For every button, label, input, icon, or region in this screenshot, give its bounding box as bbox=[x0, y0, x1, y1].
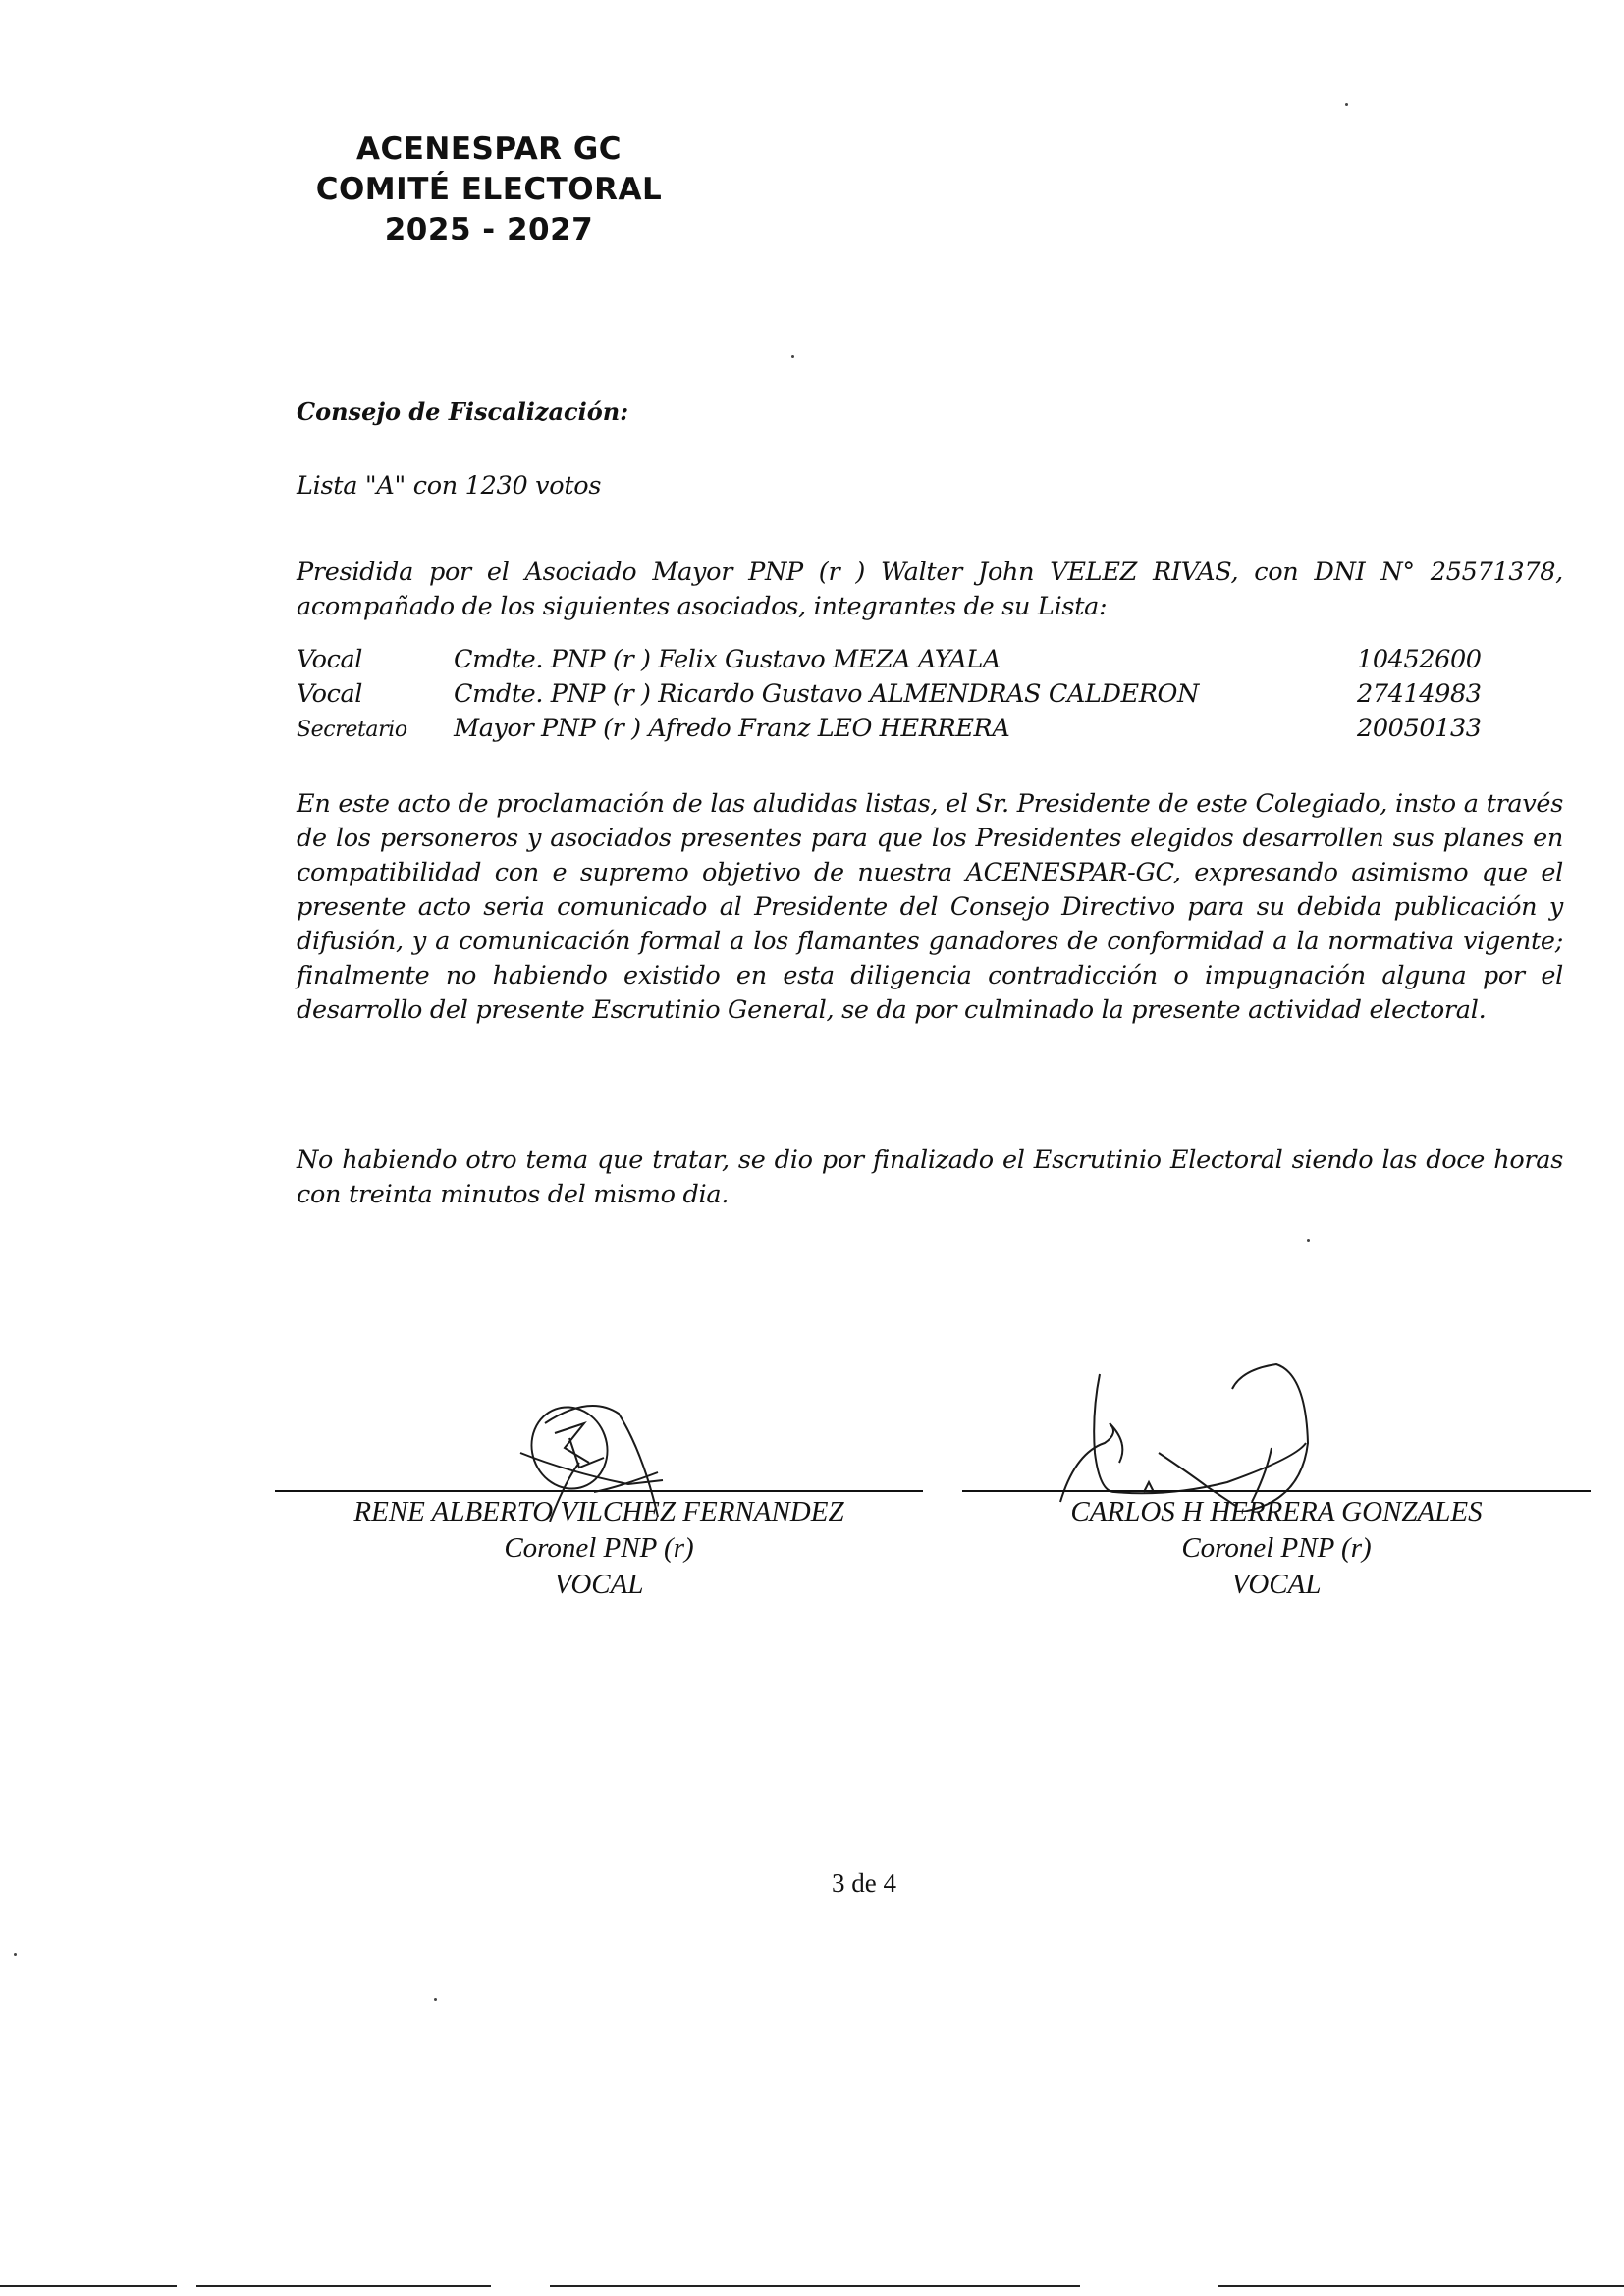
presidency-paragraph: Presidida por el Asociado Mayor PNP (r )… bbox=[297, 556, 1563, 624]
signer-role: VOCAL bbox=[275, 1567, 923, 1603]
committee-name: COMITÉ ELECTORAL bbox=[293, 170, 685, 210]
scan-edge-line bbox=[0, 2285, 1624, 2287]
signer-name: CARLOS H HERRERA GONZALES bbox=[962, 1494, 1591, 1530]
organization-name: ACENESPAR GC bbox=[293, 130, 685, 170]
signer-role: VOCAL bbox=[962, 1567, 1591, 1603]
document-header: ACENESPAR GC COMITÉ ELECTORAL 2025 - 202… bbox=[293, 130, 685, 250]
term-period: 2025 - 2027 bbox=[293, 210, 685, 250]
closing-paragraph: No habiendo otro tema que tratar, se dio… bbox=[297, 1144, 1563, 1212]
member-row: Secretario Mayor PNP (r ) Afredo Franz L… bbox=[297, 712, 1534, 746]
scan-speck bbox=[14, 1953, 17, 1956]
member-name: Cmdte. PNP (r ) Felix Gustavo MEZA AYALA bbox=[454, 643, 1343, 677]
member-role: Vocal bbox=[297, 643, 454, 677]
signer-name: RENE ALBERTO VILCHEZ FERNANDEZ bbox=[275, 1494, 923, 1530]
signature-scribble-right bbox=[1041, 1335, 1375, 1512]
signer-rank: Coronel PNP (r) bbox=[962, 1530, 1591, 1567]
signature-line bbox=[962, 1490, 1591, 1492]
page-number: 3 de 4 bbox=[785, 1868, 943, 1898]
member-name: Mayor PNP (r ) Afredo Franz LEO HERRERA bbox=[454, 712, 1357, 746]
signature-line bbox=[275, 1490, 923, 1492]
member-row: Vocal Cmdte. PNP (r ) Ricardo Gustavo AL… bbox=[297, 677, 1534, 712]
member-dni: 20050133 bbox=[1357, 712, 1534, 746]
scan-speck bbox=[791, 355, 794, 358]
scan-speck bbox=[434, 1998, 437, 2001]
signer-rank: Coronel PNP (r) bbox=[275, 1530, 923, 1567]
signature-block-left: RENE ALBERTO VILCHEZ FERNANDEZ Coronel P… bbox=[275, 1490, 923, 1608]
section-title: Consejo de Fiscalización: bbox=[297, 398, 628, 426]
member-dni: 27414983 bbox=[1351, 677, 1534, 712]
member-row: Vocal Cmdte. PNP (r ) Felix Gustavo MEZA… bbox=[297, 643, 1534, 677]
member-name: Cmdte. PNP (r ) Ricardo Gustavo ALMENDRA… bbox=[454, 677, 1351, 712]
member-role: Secretario bbox=[297, 713, 454, 747]
member-dni: 10452600 bbox=[1343, 643, 1534, 677]
list-votes: Lista "A" con 1230 votos bbox=[297, 469, 1563, 504]
member-role: Vocal bbox=[297, 677, 454, 712]
signature-block-right: CARLOS H HERRERA GONZALES Coronel PNP (r… bbox=[962, 1490, 1591, 1608]
members-table: Vocal Cmdte. PNP (r ) Felix Gustavo MEZA… bbox=[297, 643, 1534, 746]
proclamation-paragraph: En este acto de proclamación de las alud… bbox=[297, 787, 1563, 1028]
scan-speck bbox=[1307, 1239, 1310, 1242]
scan-speck bbox=[1345, 103, 1348, 106]
